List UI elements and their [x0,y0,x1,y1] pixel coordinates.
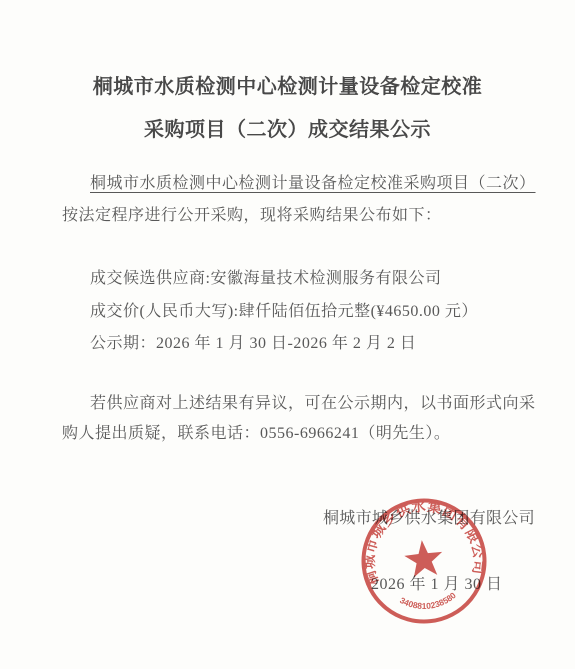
project-name-underlined: 桐城市水质检测中心检测计量设备检定校准采购项目（二次） [90,174,536,194]
winning-supplier-line: 成交候选供应商:安徽海量技术检测服务有限公司 [90,269,441,289]
seal-star-icon [403,538,445,578]
svg-text:3408810238580: 3408810238580 [397,589,459,614]
company-seal: 桐城市城乡供水集团有限公司 3408810238580 [354,491,494,631]
announcement-document: 桐城市水质检测中心检测计量设备检定校准 采购项目（二次）成交结果公示 桐城市水质… [0,0,575,669]
svg-text:桐城市城乡供水集团有限公司: 桐城市城乡供水集团有限公司 [354,492,489,589]
publicity-period-line: 公示期：2026 年 1 月 30 日-2026 年 2 月 2 日 [90,334,416,354]
document-title-line2: 采购项目（二次）成交结果公示 [0,109,575,152]
seal-company-text: 桐城市城乡供水集团有限公司 [354,492,489,589]
deal-price-line: 成交价(人民币大写):肆仟陆佰伍拾元整(¥4650.00 元） [90,302,478,322]
document-title: 桐城市水质检测中心检测计量设备检定校准 采购项目（二次）成交结果公示 [0,66,575,152]
seal-code-text: 3408810238580 [397,589,459,614]
document-title-line1: 桐城市水质检测中心检测计量设备检定校准 [0,66,575,109]
objection-notice-line2: 购人提出质疑，联系电话：0556-6966241（明先生）。 [62,424,450,444]
intro-continuation: 按法定程序进行公开采购，现将采购结果公布如下： [62,206,442,226]
objection-notice-line1: 若供应商对上述结果有异议，可在公示期内，以书面形式向采 [90,394,536,414]
